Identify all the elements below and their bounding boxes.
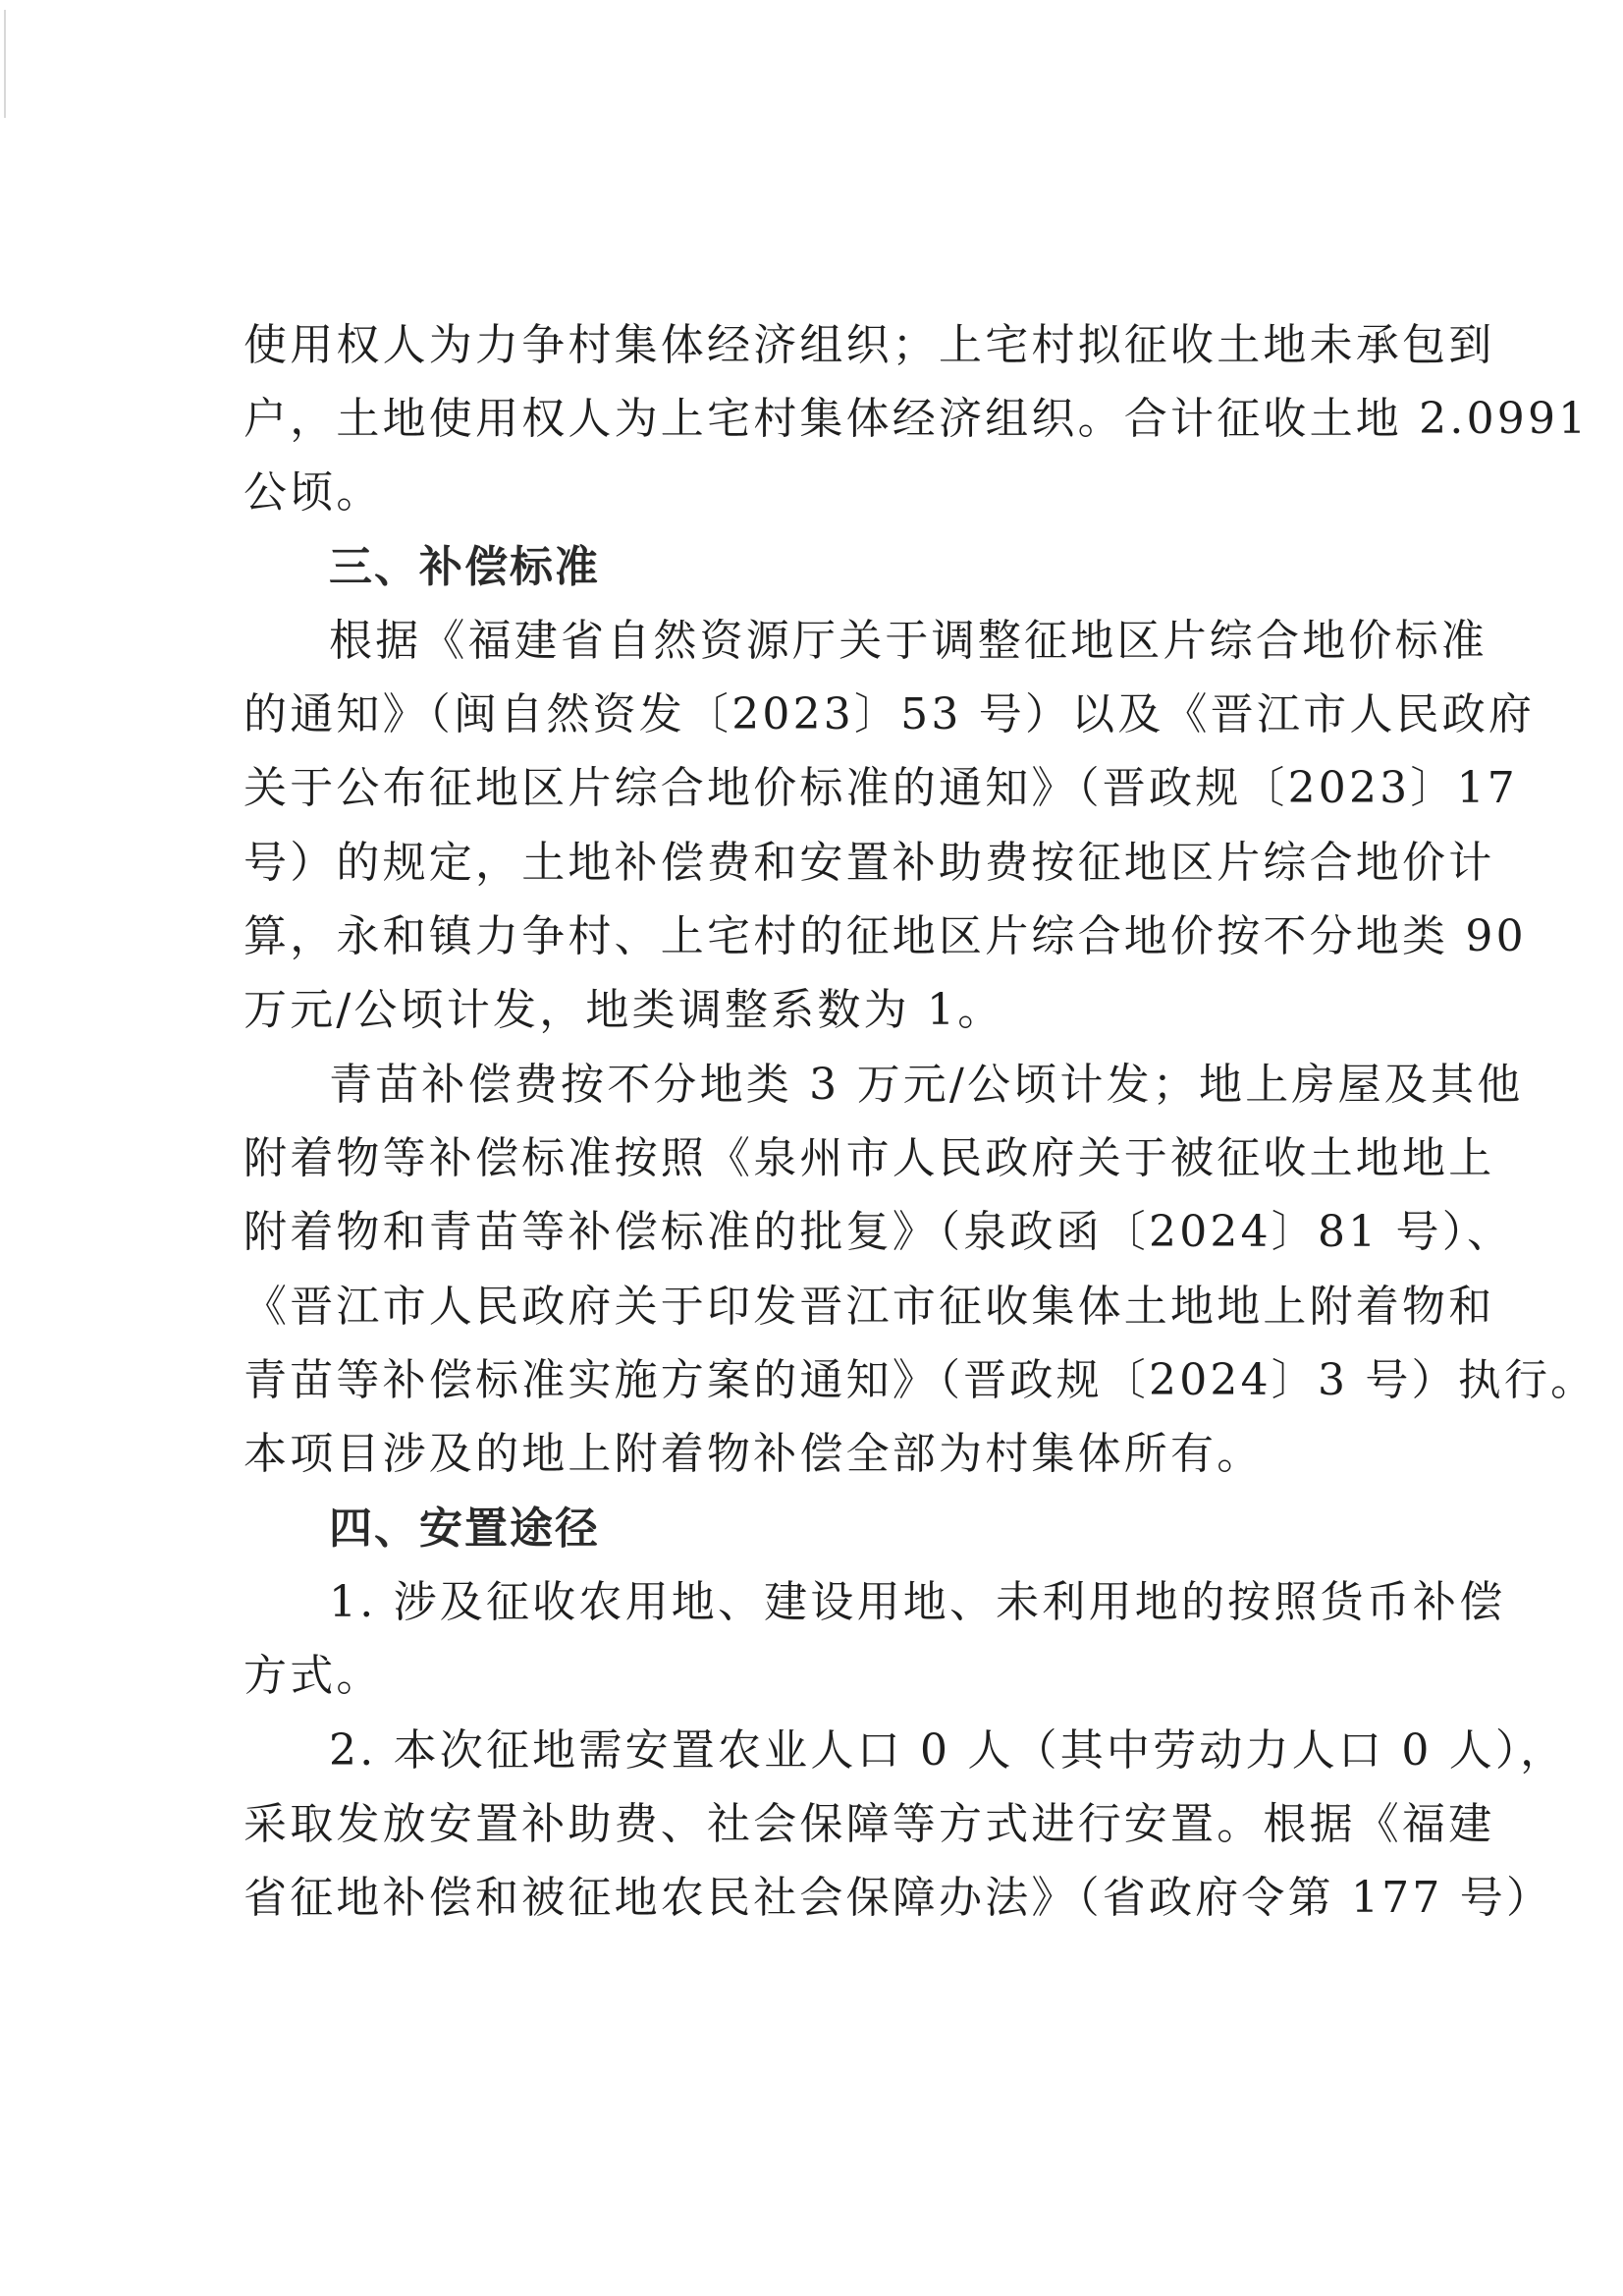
paragraph-line: 算，永和镇力争村、上宅村的征地区片综合地价按不分地类 90 [243,907,1422,966]
paragraph-line: 省征地补偿和被征地农民社会保障办法》（省政府令第 177 号） [243,1869,1422,1928]
paragraph-line: 公顷。 [243,464,1422,522]
paragraph-line: 采取发放安置补助费、社会保障等方式进行安置。根据《福建 [243,1795,1422,1854]
section-heading-compensation-standard: 三、补偿标准 [329,538,1507,597]
paragraph-line: 附着物和青苗等补偿标准的批复》（泉政函〔2024〕81 号）、 [243,1203,1422,1262]
paragraph-line: 方式。 [243,1647,1422,1706]
paragraph-line: 万元/公顷计发，地类调整系数为 1。 [243,981,1422,1040]
paragraph-line: 使用权人为力争村集体经济组织；上宅村拟征收土地未承包到 [243,316,1422,375]
paragraph-line: 本项目涉及的地上附着物补偿全部为村集体所有。 [243,1425,1422,1484]
paragraph-line: 户，土地使用权人为上宅村集体经济组织。合计征收土地 2.0991 [243,390,1422,449]
paragraph-line: 青苗补偿费按不分地类 3 万元/公顷计发；地上房屋及其他 [329,1056,1507,1115]
section-heading-resettlement: 四、安置途径 [329,1500,1507,1558]
paragraph-line: 《晋江市人民政府关于印发晋江市征收集体土地地上附着物和 [243,1278,1422,1337]
paragraph-line: 青苗等补偿标准实施方案的通知》（晋政规〔2024〕3 号）执行。 [243,1351,1422,1410]
list-item-2: 2. 本次征地需安置农业人口 0 人（其中劳动力人口 0 人）， [329,1722,1507,1780]
paragraph-line: 号）的规定，土地补偿费和安置补助费按征地区片综合地价计 [243,834,1422,893]
paragraph-line: 关于公布征地区片综合地价标准的通知》（晋政规〔2023〕17 [243,759,1422,818]
scan-edge-mark [4,10,6,118]
document-page: 使用权人为力争村集体经济组织；上宅村拟征收土地未承包到 户，土地使用权人为上宅村… [0,0,1623,2296]
paragraph-line: 根据《福建省自然资源厅关于调整征地区片综合地价标准 [329,612,1507,671]
list-item-1: 1. 涉及征收农用地、建设用地、未利用地的按照货币补偿 [329,1573,1507,1632]
paragraph-line: 附着物等补偿标准按照《泉州市人民政府关于被征收土地地上 [243,1129,1422,1188]
paragraph-line: 的通知》（闽自然资发〔2023〕53 号）以及《晋江市人民政府 [243,685,1422,744]
